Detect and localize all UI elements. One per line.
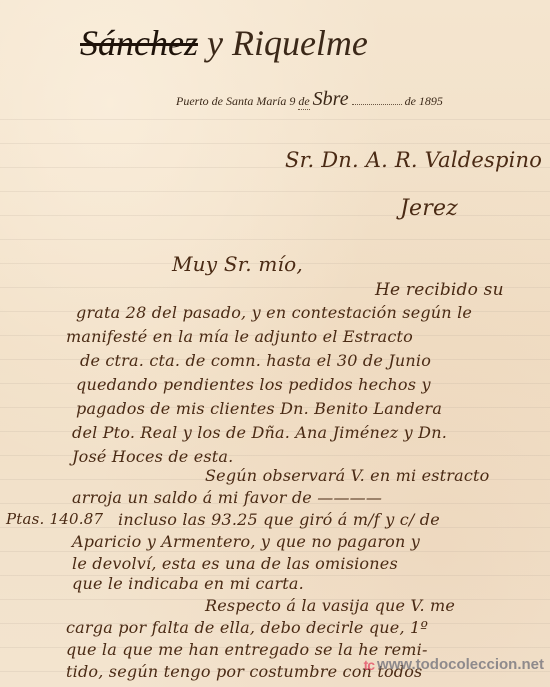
todocoleccion-logo-icon: tc bbox=[364, 657, 374, 673]
letterhead-struck-name: Sánchez bbox=[80, 23, 198, 63]
body-line: José Hoces de esta. bbox=[72, 447, 233, 466]
body-line: pagados de mis clientes Dn. Benito Lande… bbox=[76, 399, 442, 418]
date-year: 1895 bbox=[419, 94, 443, 108]
date-day: 9 bbox=[289, 94, 295, 108]
body-line: carga por falta de ella, debo decirle qu… bbox=[66, 618, 428, 637]
salutation: Muy Sr. mío, bbox=[172, 252, 303, 276]
watermark: tc www.todocoleccion.net bbox=[364, 656, 544, 673]
date-de: de bbox=[298, 94, 309, 110]
body-line: He recibido su bbox=[375, 280, 504, 300]
body-line: del Pto. Real y los de Dña. Ana Jiménez … bbox=[72, 423, 447, 442]
watermark-url: www.todocoleccion.net bbox=[377, 656, 544, 673]
letterhead: Sánchez y Riquelme bbox=[80, 22, 368, 64]
date-de2: de bbox=[405, 94, 416, 108]
body-line: le devolví, esta es una de las omisiones bbox=[72, 554, 398, 573]
body-line: Aparicio y Armentero, y que no pagaron y bbox=[72, 532, 420, 551]
body-line: incluso las 93.25 que giró á m/f y c/ de bbox=[118, 510, 440, 529]
body-line: que le indicaba en mi carta. bbox=[72, 574, 304, 593]
body-line: quedando pendientes los pedidos hechos y bbox=[76, 375, 431, 394]
body-line: manifesté en la mía le adjunto el Estrac… bbox=[66, 327, 413, 346]
margin-amount: Ptas. 140.87 bbox=[6, 510, 103, 528]
body-line: grata 28 del pasado, y en contestación s… bbox=[76, 303, 472, 322]
date-month: Sbre bbox=[313, 88, 349, 110]
body-line: de ctra. cta. de comn. hasta el 30 de Ju… bbox=[80, 351, 431, 370]
body-line: arroja un saldo á mi favor de ———— bbox=[72, 488, 382, 507]
date-place: Puerto de Santa María bbox=[176, 94, 286, 108]
recipient-name: Sr. Dn. A. R. Valdespino bbox=[285, 148, 542, 172]
letterhead-name: y Riquelme bbox=[198, 23, 368, 63]
body-line: Según observará V. en mi estracto bbox=[205, 466, 490, 485]
recipient-city: Jerez bbox=[400, 196, 458, 221]
dateline: Puerto de Santa María 9 de Sbre de 1895 bbox=[176, 88, 443, 111]
body-line: Respecto á la vasija que V. me bbox=[205, 596, 455, 615]
date-dots bbox=[352, 104, 402, 105]
